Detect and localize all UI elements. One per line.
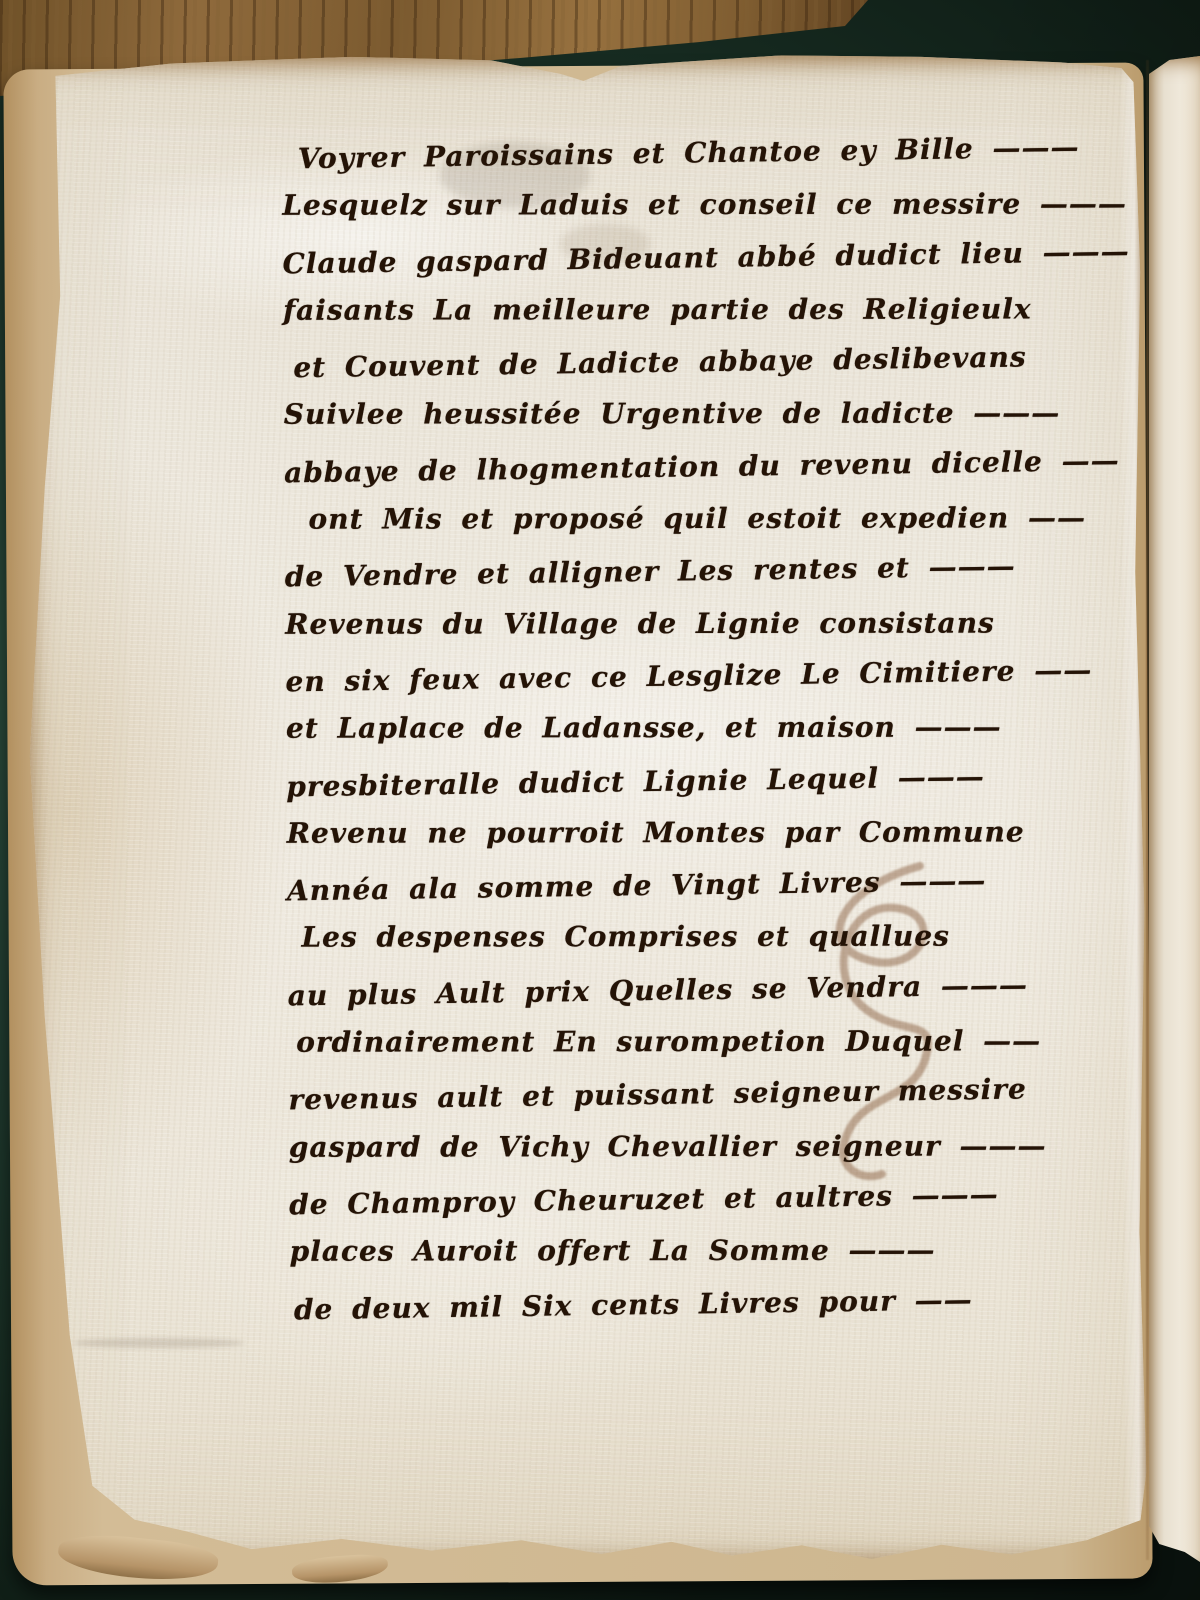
manuscript-line: Les despenses Comprises et quallues — [301, 920, 1147, 974]
manuscript-line: au plus Ault prix Quelles se Vendra ——— — [287, 966, 1148, 1031]
manuscript-line: et Couvent de Ladicte abbaye deslibevans — [293, 339, 1144, 404]
manuscript-line: places Auroit offert La Somme ——— — [290, 1233, 1150, 1287]
manuscript-line: faisants La meilleure partie des Religie… — [283, 292, 1143, 346]
manuscript-line: Lesquelz sur Laduis et conseil ce messir… — [282, 188, 1142, 242]
manuscript-line: ordinairement En surompetion Duquel —— — [296, 1024, 1148, 1078]
manuscript-line: abbaye de lhogmentation du revenu dicell… — [284, 443, 1145, 508]
manuscript-line: Annéa ala somme de Vingt Livres ——— — [287, 862, 1148, 927]
manuscript-line: revenus ault et puissant seigneur messir… — [288, 1071, 1149, 1136]
photo-background-felt: Voyrer Paroissains et Chantoe ey Bille —… — [0, 0, 1200, 1600]
manuscript-line: Revenu ne pourroit Montes par Commune — [287, 815, 1147, 869]
showthrough-mark — [74, 1338, 244, 1348]
manuscript-line: Revenus du Village de Lignie consistans — [285, 606, 1145, 660]
facing-page-fore-edge — [1149, 56, 1200, 1562]
manuscript-text-block: Voyrer Paroissains et Chantoe ey Bille —… — [282, 133, 1150, 1342]
manuscript-line: ont Mis et proposé quil estoit expedien … — [308, 501, 1144, 555]
manuscript-line: de Champroy Cheuruzet et aultres ——— — [289, 1176, 1150, 1241]
manuscript-line: presbiteralle dudict Lignie Lequel ——— — [286, 757, 1147, 822]
manuscript-line: Claude gaspard Bideuant abbé dudict lieu… — [282, 234, 1143, 299]
manuscript-line: Voyrer Paroissains et Chantoe ey Bille —… — [298, 130, 1143, 195]
manuscript-line: en six feux avec ce Lesglize Le Cimitier… — [285, 653, 1146, 718]
manuscript-line: de deux mil Six cents Livres pour —— — [294, 1280, 1151, 1345]
manuscript-line: de Vendre et alligner Les rentes et ——— — [285, 548, 1146, 613]
manuscript-line: gaspard de Vichy Chevallier seigneur ——— — [289, 1129, 1149, 1183]
manuscript-line: Suivlee heussitée Urgentive de ladicte —… — [284, 397, 1144, 451]
manuscript-line: et Laplace de Ladansse, et maison ——— — [286, 711, 1146, 765]
